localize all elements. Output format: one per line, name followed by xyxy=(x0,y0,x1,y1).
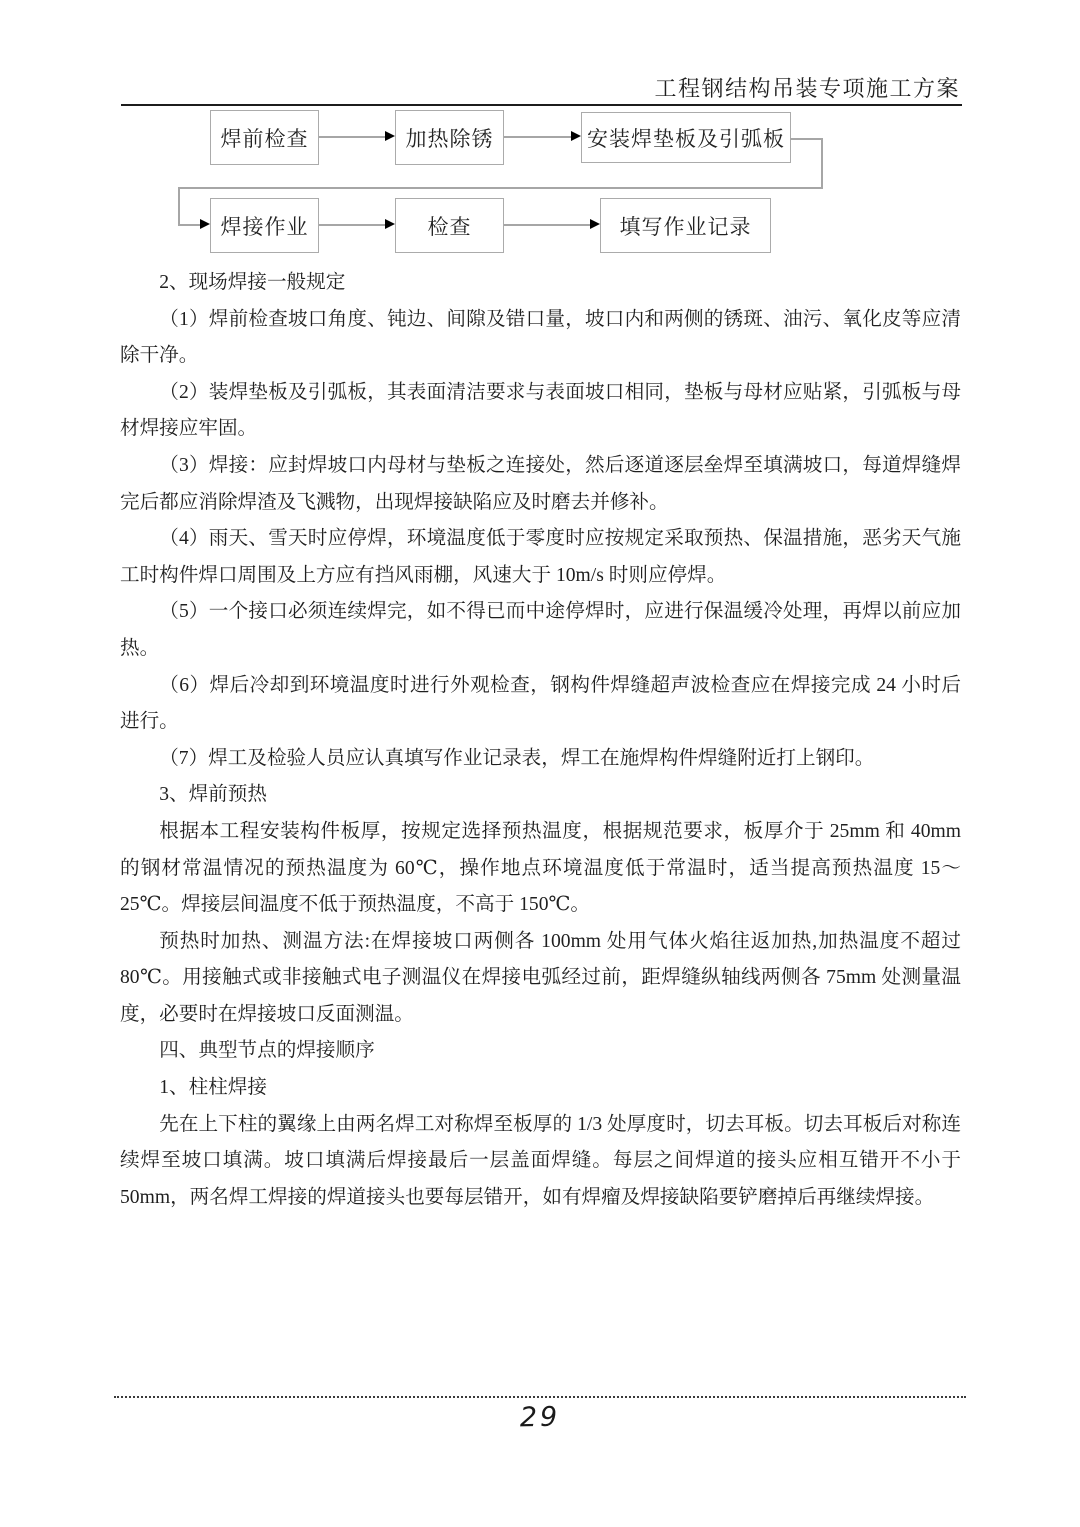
flow-box-inspection: 检查 xyxy=(395,198,504,253)
arrowhead-icon xyxy=(385,219,395,229)
paragraph: （4）雨天、雪天时应停焊，环境温度低于零度时应按规定采取预热、保温措施，恶劣天气… xyxy=(120,521,961,594)
paragraph: （7）焊工及检验人员应认真填写作业记录表，焊工在施焊构件焊缝附近打上钢印。 xyxy=(120,741,961,778)
flow-box-welding-operation: 焊接作业 xyxy=(210,198,319,253)
arrowhead-icon xyxy=(385,131,395,141)
paragraph: （2）装焊垫板及引弧板，其表面清洁要求与表面坡口相同，垫板与母材应贴紧，引弧板与… xyxy=(120,375,961,448)
paragraph: 根据本工程安装构件板厚，按规定选择预热温度，根据规范要求，板厚介于 25mm 和… xyxy=(120,814,961,924)
paragraph: 先在上下柱的翼缘上由两名焊工对称焊至板厚的 1/3 处厚度时，切去耳板。切去耳板… xyxy=(120,1107,961,1217)
section-heading: 1、柱柱焊接 xyxy=(120,1070,961,1107)
connector-line xyxy=(504,136,572,138)
paragraph: （1）焊前检查坡口角度、钝边、间隙及错口量，坡口内和两侧的锈斑、油污、氧化皮等应… xyxy=(120,302,961,375)
connector-line xyxy=(178,187,823,189)
paragraph: （6）焊后冷却到环境温度时进行外观检查，钢构件焊缝超声波检查应在焊接完成 24 … xyxy=(120,668,961,741)
page-number: 29 xyxy=(0,1393,1080,1443)
connector-line xyxy=(178,187,180,226)
section-heading: 3、焊前预热 xyxy=(120,777,961,814)
document-body: 2、现场焊接一般规定 （1）焊前检查坡口角度、钝边、间隙及错口量，坡口内和两侧的… xyxy=(120,265,961,1216)
connector-line xyxy=(821,138,823,188)
welding-process-flowchart: 焊前检查 加热除锈 安装焊垫板及引弧板 焊接作业 检查 填写作业记录 xyxy=(0,0,1080,270)
arrowhead-icon xyxy=(200,219,210,229)
flow-box-install-backing-plate: 安装焊垫板及引弧板 xyxy=(581,112,791,163)
flow-box-fill-work-record: 填写作业记录 xyxy=(600,198,771,253)
section-heading: 四、典型节点的焊接顺序 xyxy=(120,1033,961,1070)
connector-line xyxy=(319,224,386,226)
flow-box-heat-derust: 加热除锈 xyxy=(395,110,504,165)
paragraph: （3）焊接：应封焊坡口内母材与垫板之连接处，然后逐道逐层垒焊至填满坡口，每道焊缝… xyxy=(120,448,961,521)
flow-box-pre-weld-inspection: 焊前检查 xyxy=(210,110,319,165)
connector-line xyxy=(790,138,823,140)
arrowhead-icon xyxy=(590,219,600,229)
paragraph: 预热时加热、测温方法:在焊接坡口两侧各 100mm 处用气体火焰往返加热,加热温… xyxy=(120,924,961,1034)
paragraph: （5）一个接口必须连续焊完，如不得已而中途停焊时，应进行保温缓冷处理，再焊以前应… xyxy=(120,594,961,667)
connector-line xyxy=(504,224,591,226)
connector-line xyxy=(319,136,386,138)
document-page: 工程钢结构吊装专项施工方案 焊前检查 加热除锈 安装焊垫板及引弧板 焊接作业 检… xyxy=(0,0,1080,1527)
section-heading: 2、现场焊接一般规定 xyxy=(120,265,961,302)
arrowhead-icon xyxy=(571,131,581,141)
